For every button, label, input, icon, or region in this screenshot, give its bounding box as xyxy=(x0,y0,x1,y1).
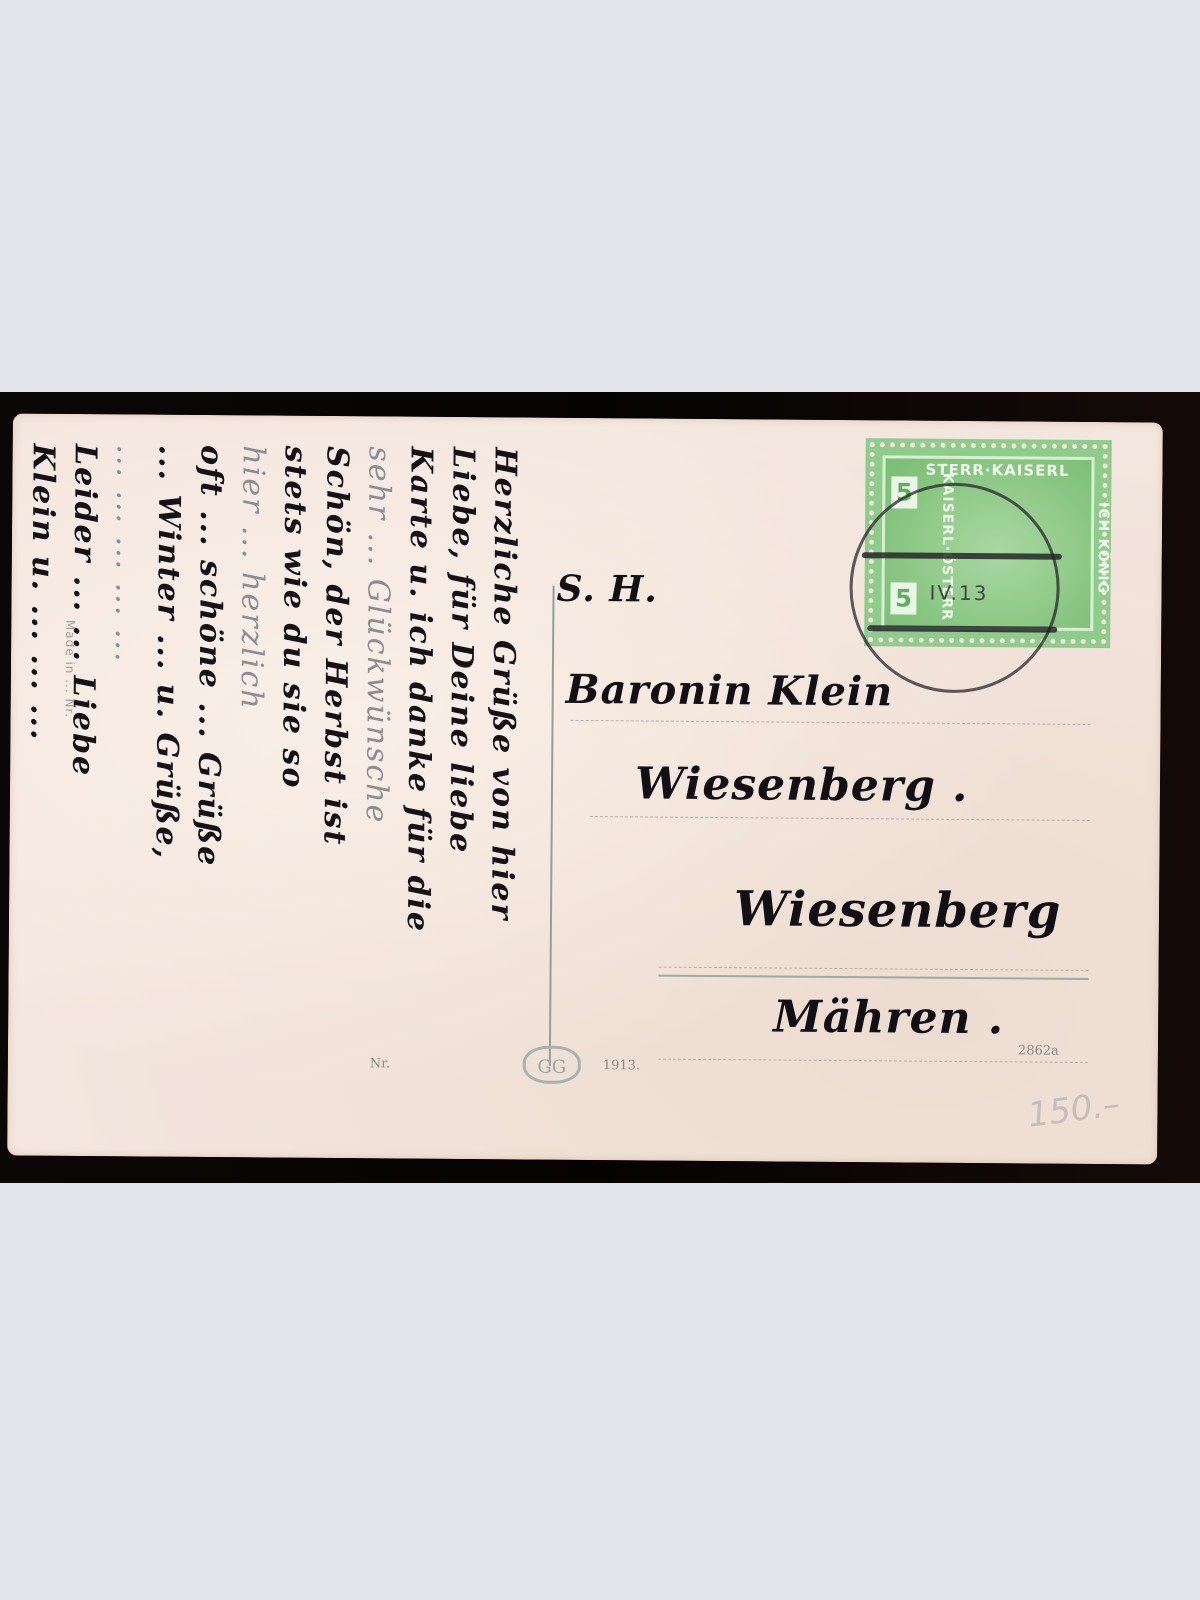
message-line: Leider ... ... Liebe xyxy=(65,444,103,777)
message-line: Herzliche Grüße von hier xyxy=(484,447,523,921)
stamp-text-right: ICH·KÖNIG xyxy=(1095,502,1112,594)
publication-year: 1913. xyxy=(603,1058,640,1073)
address-town: Wiesenberg xyxy=(734,881,1062,940)
message-line: Karte u. ich danke für die xyxy=(400,447,439,934)
postcard: Herzliche Grüße von hierLiebe, für Deine… xyxy=(7,413,1163,1164)
address-estate: Wiesenberg . xyxy=(635,758,969,812)
message-line: Klein u. ... ... ... xyxy=(23,444,60,742)
postmark-date: IV.13 xyxy=(929,581,988,605)
side-printed-text: Made in ... Nr. xyxy=(63,620,78,718)
message-line: hier ... herzlich xyxy=(234,445,271,711)
publisher-nr: Nr. xyxy=(370,1056,390,1071)
address-dotted-line xyxy=(590,816,1090,821)
address-solid-line xyxy=(659,975,1089,980)
pencil-price-note: 150.– xyxy=(1025,1084,1122,1136)
address-region: Mähren . xyxy=(773,991,1004,1044)
handwritten-message: Herzliche Grüße von hierLiebe, für Deine… xyxy=(7,413,553,1159)
message-line: ... Winter ... u. Grüße, xyxy=(148,445,186,861)
address-dotted-line xyxy=(658,1059,1088,1063)
card-number: 2862a xyxy=(1018,1043,1059,1058)
publisher-logo: GG xyxy=(523,1046,581,1084)
message-line: stets wie du sie so xyxy=(275,446,313,790)
address-recipient: Baronin Klein xyxy=(566,666,894,716)
message-line: Schön, der Herbst ist xyxy=(317,446,355,847)
message-line: sehr ... Glückwünsche xyxy=(359,446,397,824)
address-dotted-line xyxy=(659,967,1089,971)
address-dotted-line xyxy=(571,720,1091,725)
message-line: ... ... ... ... ... xyxy=(108,444,145,663)
message-line: Liebe, für Deine liebe xyxy=(442,447,480,855)
address-salutation: S. H. xyxy=(556,568,658,611)
message-line: oft ... schöne ... Grüße xyxy=(190,445,228,867)
